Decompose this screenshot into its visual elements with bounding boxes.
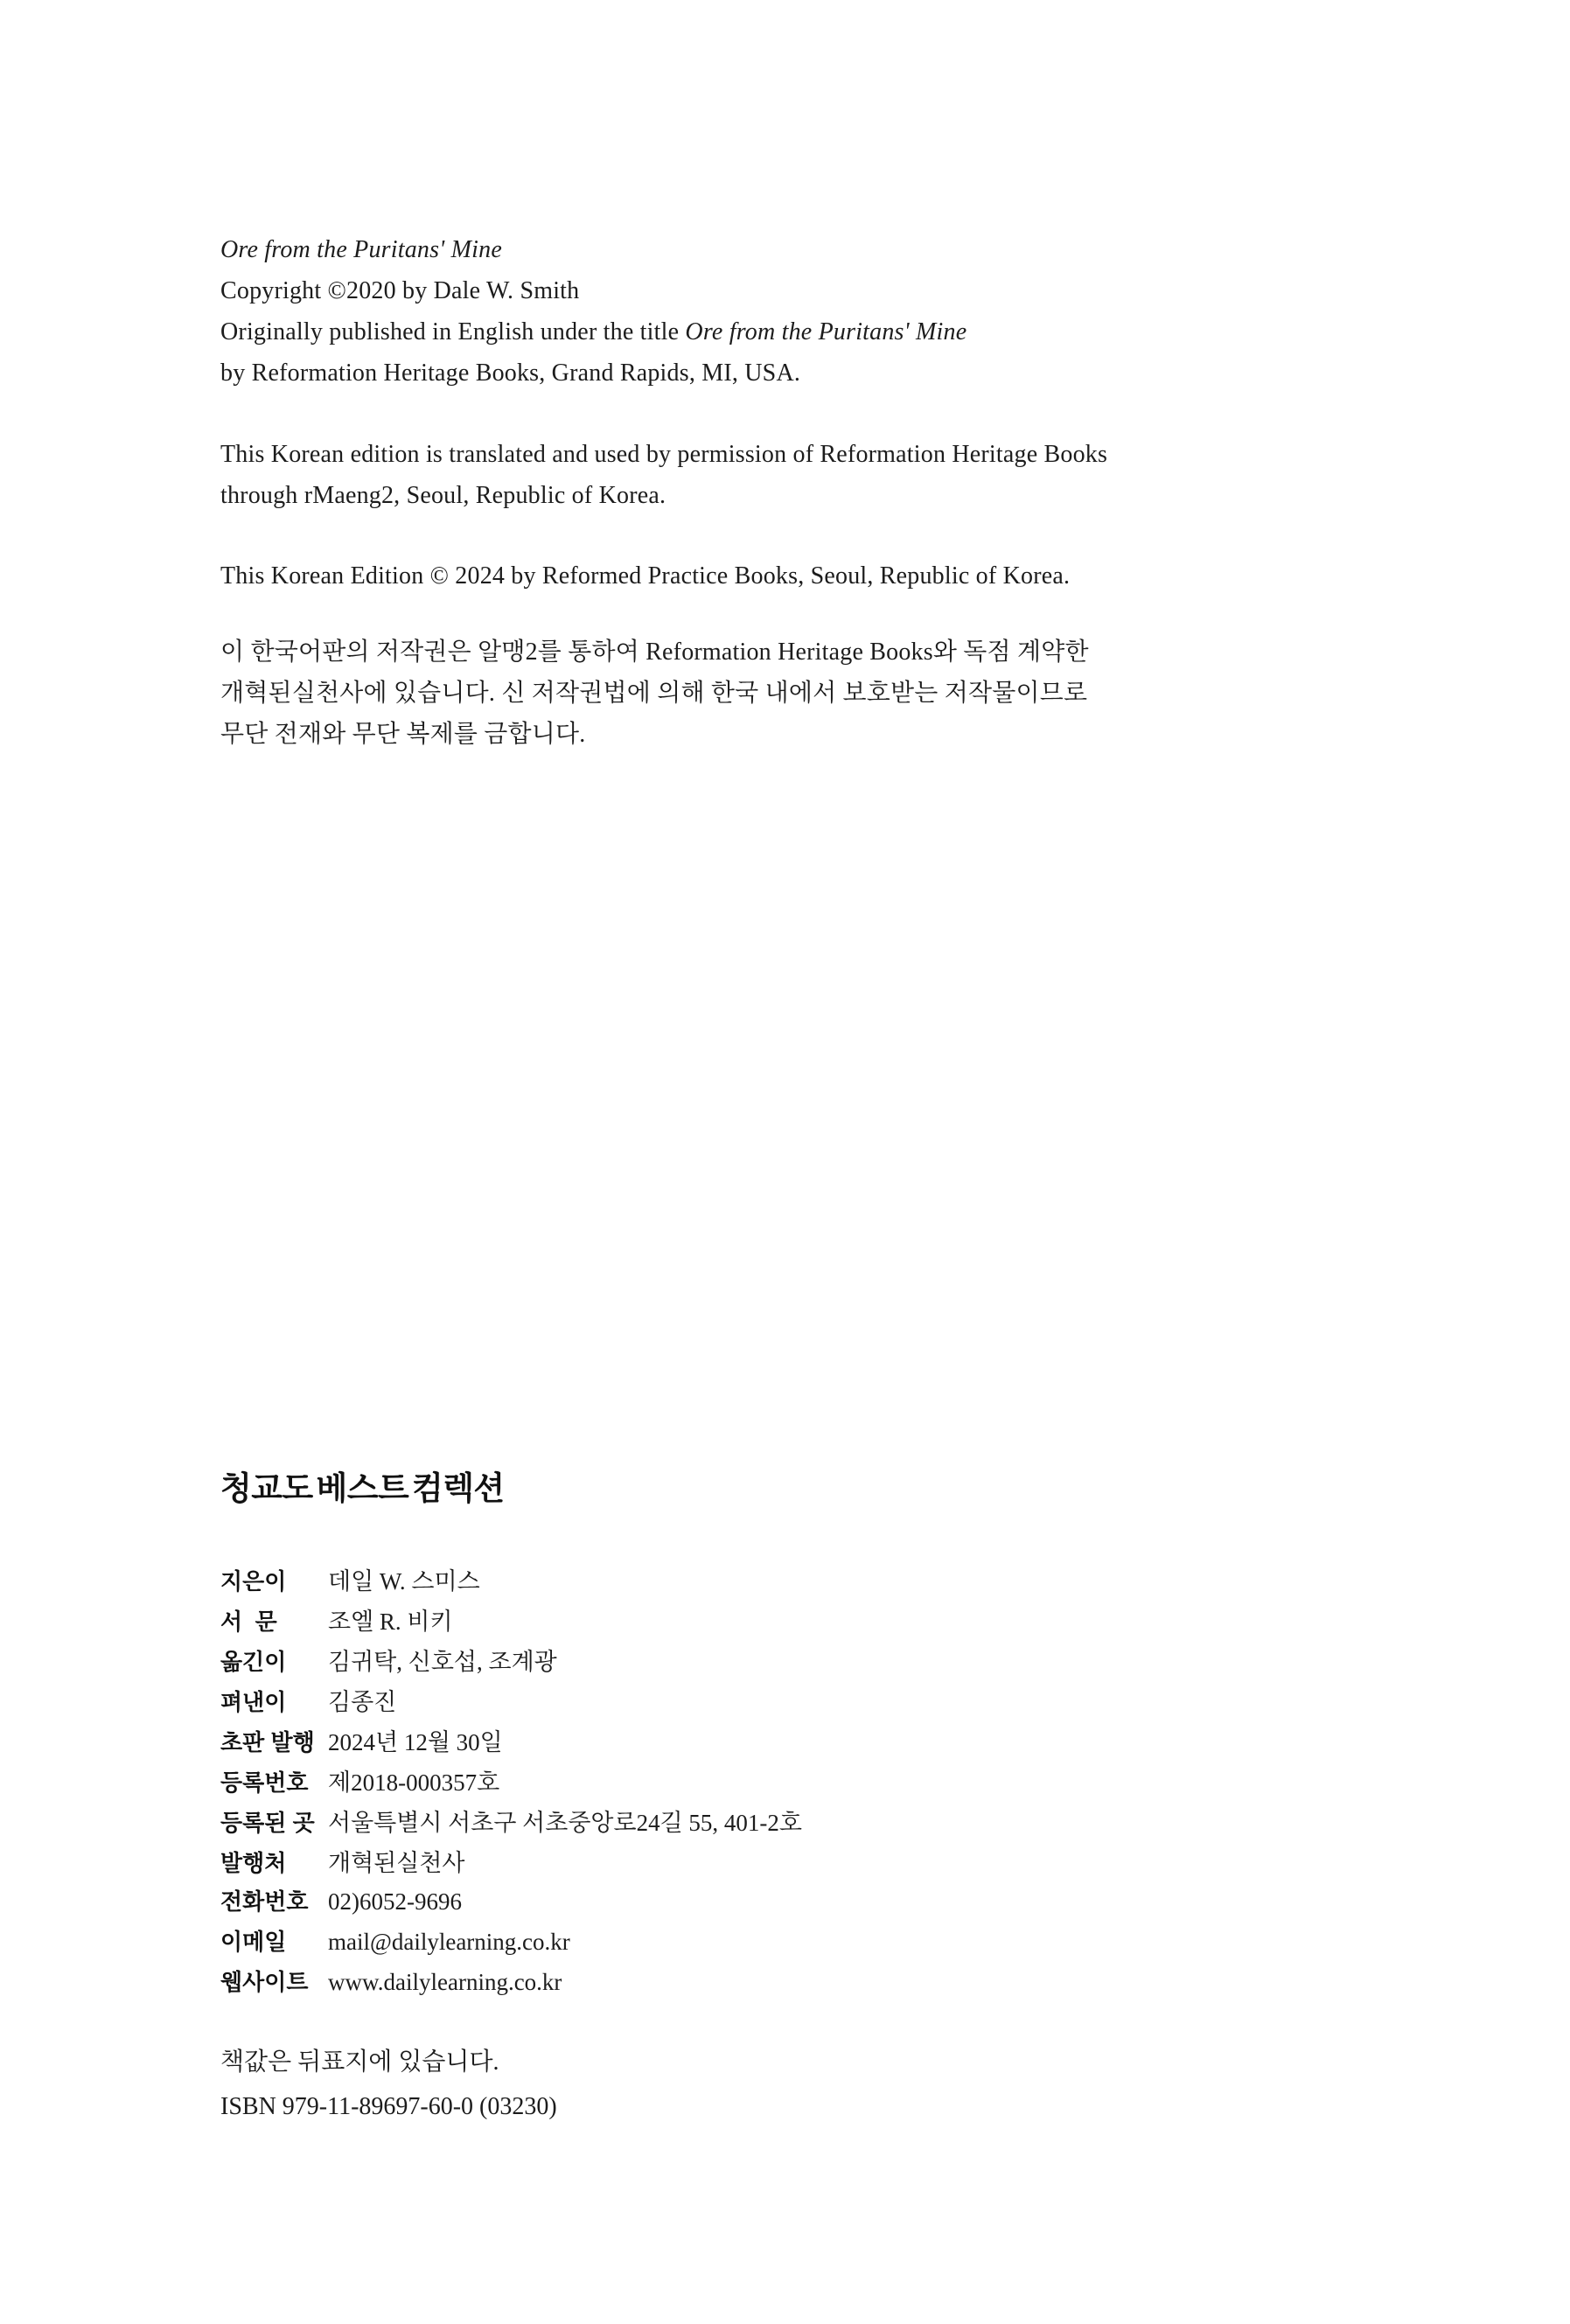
- row-label: 전화번호: [220, 1884, 328, 1916]
- row-value: 제2018-000357호: [328, 1763, 499, 1797]
- isbn-line: ISBN 979-11-89697-60-0 (03230): [220, 2084, 557, 2129]
- row-value: 개혁된실천사: [328, 1844, 465, 1878]
- row-value: 데일 W. 스미스: [328, 1562, 480, 1596]
- colophon-row-publishing-house: 발행처 개혁된실천사: [220, 1844, 802, 1884]
- copyright-block: Ore from the Puritans' Mine Copyright ©2…: [220, 229, 966, 394]
- colophon-row-author: 지은이 데일 W. 스미스: [220, 1562, 802, 1602]
- originally-published-title: Ore from the Puritans' Mine: [685, 318, 966, 345]
- row-value: 02)6052-9696: [328, 1888, 462, 1916]
- korean-rights-notice: 이 한국어판의 저작권은 알맹2를 통하여 Reformation Herita…: [220, 632, 1089, 755]
- footer-block: 책값은 뒤표지에 있습니다. ISBN 979-11-89697-60-0 (0…: [220, 2040, 557, 2129]
- permission-line-1: This Korean edition is translated and us…: [220, 434, 1107, 475]
- row-label: 발행처: [220, 1846, 328, 1878]
- price-note: 책값은 뒤표지에 있습니다.: [220, 2040, 557, 2084]
- korean-rights-line-2: 개혁된실천사에 있습니다. 신 저작권법에 의해 한국 내에서 보호받는 저작물…: [220, 673, 1089, 714]
- row-label: 지은이: [220, 1564, 328, 1596]
- original-title-line: Ore from the Puritans' Mine: [220, 229, 966, 270]
- row-value: 김종진: [328, 1683, 396, 1717]
- row-label: 서 문: [220, 1604, 328, 1637]
- originally-published-prefix: Originally published in English under th…: [220, 318, 685, 345]
- korean-edition-block: This Korean Edition © 2024 by Reformed P…: [220, 555, 1070, 597]
- korean-rights-line-1: 이 한국어판의 저작권은 알맹2를 통하여 Reformation Herita…: [220, 632, 1089, 673]
- permission-line-2: through rMaeng2, Seoul, Republic of Kore…: [220, 475, 1107, 516]
- originally-published-line: Originally published in English under th…: [220, 311, 966, 352]
- colophon-list: 지은이 데일 W. 스미스 서 문 조엘 R. 비키 옮긴이 김귀탁, 신호섭,…: [220, 1562, 802, 2005]
- korean-edition-line: This Korean Edition © 2024 by Reformed P…: [220, 555, 1070, 597]
- colophon-row-translators: 옮긴이 김귀탁, 신호섭, 조계광: [220, 1643, 802, 1683]
- colophon-row-first-edition: 초판 발행 2024년 12월 30일: [220, 1723, 802, 1763]
- korean-rights-line-3: 무단 전재와 무단 복제를 금합니다.: [220, 714, 1089, 755]
- colophon-row-email: 이메일 mail@dailylearning.co.kr: [220, 1924, 802, 1965]
- colophon-row-registration-number: 등록번호 제2018-000357호: [220, 1763, 802, 1804]
- row-label: 펴낸이: [220, 1685, 328, 1717]
- row-label: 등록번호: [220, 1765, 328, 1797]
- permission-block: This Korean edition is translated and us…: [220, 434, 1107, 516]
- row-value: mail@dailylearning.co.kr: [328, 1929, 570, 1956]
- row-value: 2024년 12월 30일: [328, 1723, 503, 1757]
- colophon-row-registered-address: 등록된 곳 서울특별시 서초구 서초중앙로24길 55, 401-2호: [220, 1804, 802, 1844]
- row-label: 옮긴이: [220, 1644, 328, 1677]
- row-value: 조엘 R. 비키: [328, 1602, 453, 1637]
- row-label: 등록된 곳: [220, 1805, 328, 1838]
- copyright-line: Copyright ©2020 by Dale W. Smith: [220, 270, 966, 311]
- colophon-row-publisher-person: 펴낸이 김종진: [220, 1683, 802, 1723]
- row-label: 이메일: [220, 1924, 328, 1957]
- colophon-row-foreword: 서 문 조엘 R. 비키: [220, 1602, 802, 1643]
- series-title: 청교도 베스트 컴렉션: [220, 1468, 505, 1511]
- colophon-row-phone: 전화번호 02)6052-9696: [220, 1884, 802, 1924]
- row-value: www.dailylearning.co.kr: [328, 1969, 562, 1996]
- row-label: 웹사이트: [220, 1965, 328, 1997]
- row-value: 김귀탁, 신호섭, 조계광: [328, 1643, 557, 1677]
- original-publisher-line: by Reformation Heritage Books, Grand Rap…: [220, 352, 966, 394]
- row-label: 초판 발행: [220, 1725, 328, 1757]
- colophon-row-website: 웹사이트 www.dailylearning.co.kr: [220, 1965, 802, 2005]
- colophon-page: { "copyright_block": { "title_italic": "…: [0, 0, 1570, 2324]
- row-value: 서울특별시 서초구 서초중앙로24길 55, 401-2호: [328, 1804, 802, 1838]
